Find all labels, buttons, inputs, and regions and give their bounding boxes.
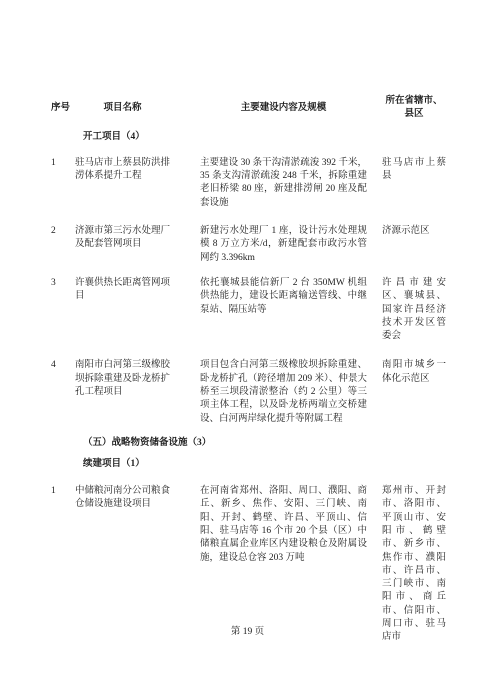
section-heading-start-projects: 开工项目（4） [83,131,450,144]
row-number: 3 [51,277,75,290]
document-page: 序号 项目名称 主要建设内容及规模 所在省辖市、县区 开工项目（4） 1 驻马店… [0,0,495,699]
page-number: 第 19 页 [0,626,495,639]
project-name: 驻马店市上蔡县防洪排涝体系提升工程 [75,157,170,184]
header-col-region: 所在省辖市、县区 [382,95,446,122]
section-heading-continued-projects: 续建项目（1） [83,458,450,471]
project-name: 许襄供热长距离管网项目 [75,277,170,304]
table-header-row: 序号 项目名称 主要建设内容及规模 所在省辖市、县区 [51,95,450,122]
header-col-project-name: 项目名称 [75,102,170,115]
project-region: 驻马店市上蔡县 [382,157,446,184]
table-row: 1 中储粮河南分公司粮食仓储设施建设项目 在河南省郑州、洛阳、周口、濮阳、商丘、… [51,485,450,645]
project-content: 在河南省郑州、洛阳、周口、濮阳、商丘、新乡、焦作、安阳、三门峡、南阳、开封、鹤壁… [200,485,367,565]
project-content: 项目包含白河第三级橡胶坝拆除重建、卧龙桥扩孔（跨径增加 209 米）、仲景大桥至… [200,359,367,425]
project-region: 郑州市、开封市、洛阳市、平顶山市、安阳市、鹤壁市、新乡市、焦作市、濮阳市、许昌市… [382,485,446,645]
row-number: 4 [51,359,75,372]
project-name: 中储粮河南分公司粮食仓储设施建设项目 [75,485,170,512]
project-region: 济源示范区 [382,225,446,238]
header-col-content: 主要建设内容及规模 [200,102,367,115]
project-name: 济源市第三污水处理厂及配套管网项目 [75,225,170,252]
section-heading-strategic-reserves: （五）战略物资储备设施（3） [83,437,450,450]
table-row: 1 驻马店市上蔡县防洪排涝体系提升工程 主要建设 30 条干沟清淤疏浚 392 … [51,157,450,210]
row-number: 1 [51,157,75,170]
header-col-number: 序号 [51,102,75,115]
project-content: 新建污水处理厂 1 座，设计污水处理规模 8 万立方米/d，新建配套市政污水管网… [200,225,367,265]
table-row: 2 济源市第三污水处理厂及配套管网项目 新建污水处理厂 1 座，设计污水处理规模… [51,225,450,265]
project-content: 主要建设 30 条干沟清淤疏浚 392 千米，35 条支沟清淤疏浚 248 千米… [200,157,367,210]
table-row: 3 许襄供热长距离管网项目 依托襄城县能信新厂 2 台 350MW 机组供热能力… [51,277,450,343]
row-number: 1 [51,485,75,498]
project-name: 南阳市白河第三级橡胶坝拆除重建及卧龙桥扩孔工程项目 [75,359,170,399]
project-region: 南阳市城乡一体化示范区 [382,359,446,386]
project-region: 许昌市建安区、襄城县、国家许昌经济技术开发区管委会 [382,277,446,343]
table-row: 4 南阳市白河第三级橡胶坝拆除重建及卧龙桥扩孔工程项目 项目包含白河第三级橡胶坝… [51,359,450,425]
row-number: 2 [51,225,75,238]
project-content: 依托襄城县能信新厂 2 台 350MW 机组供热能力，建设长距离输送管线、中继泵… [200,277,367,317]
